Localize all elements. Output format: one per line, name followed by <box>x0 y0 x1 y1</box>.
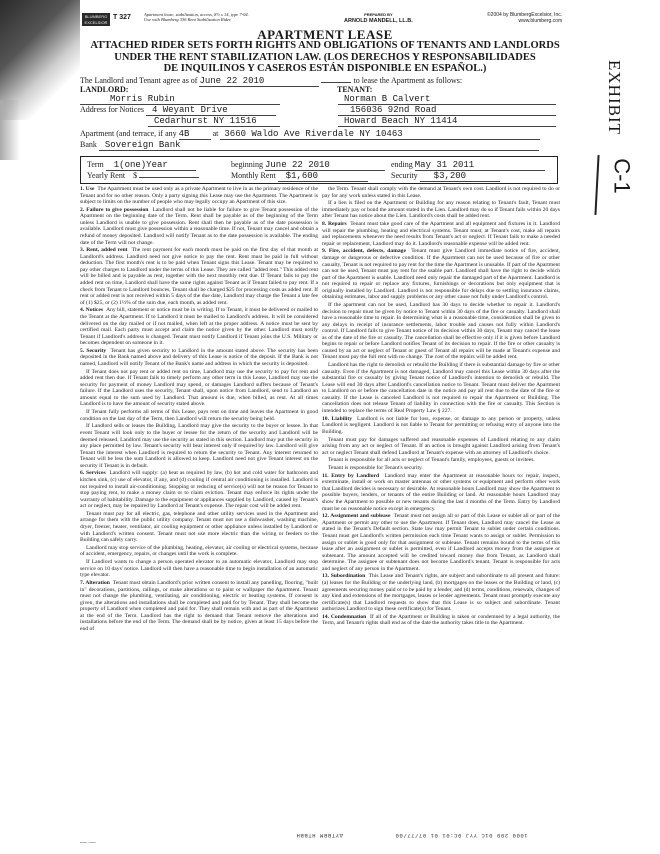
clause-heading: 10. Liability <box>322 416 357 422</box>
clause-heading: 13. Subordination <box>322 573 369 579</box>
lease-clause: 12. Assignment and sublease Tenant must … <box>322 513 560 572</box>
lease-clause: 14. Condemnation If all of the Apartment… <box>322 614 560 627</box>
agree-date-field[interactable]: June 22 2010 <box>199 76 319 87</box>
publisher-logo: BLUMBERG EXCELSIOR <box>82 13 110 26</box>
clause-heading: 2. Failure to give possession <box>80 207 152 213</box>
lease-clause: If a lien is filed on the Apartment or B… <box>322 200 560 220</box>
scan-edge-shadow <box>0 100 20 160</box>
clause-heading: 12. Assignment and sublease <box>322 513 394 519</box>
clause-text: If the apartment can not be used, Landlo… <box>322 302 560 360</box>
scan-marks: — — <box>80 838 96 846</box>
fax-footer-left: ΔΥΤΒΒΜ ΗΤΒΒΗ <box>296 832 343 839</box>
clause-heading: 6. Services <box>80 470 109 476</box>
term-rent-box: Term 1(one)Year beginning June 22 2010 e… <box>80 156 558 184</box>
clause-heading: 14. Condemnation <box>322 614 370 620</box>
clause-text: Tenant must give Landlord immediate noti… <box>322 248 560 300</box>
lease-clause: Tenant must pay for damages suffered and… <box>322 437 560 457</box>
lease-clause: the Term. Tenant shall comply with the d… <box>322 186 560 199</box>
fax-footer-right: 1000 200 01C YYJ 0C:01 01 07/77/00 <box>395 832 528 839</box>
lease-clause: 9. Fire, accident, defects, damage Tenan… <box>322 248 560 300</box>
lease-clause: 1. Use The Apartment must be used only a… <box>80 186 318 206</box>
clause-text: Tenant must pay for damages suffered and… <box>322 437 560 456</box>
tenant-name-field[interactable]: Norman B Calvert <box>338 94 556 105</box>
lease-clause: 3. Rent, added rent The rent payment for… <box>80 247 318 306</box>
landlord-address-line2[interactable]: Cedarhurst NY 11516 <box>148 116 280 127</box>
monthly-rent-field[interactable]: $1,600 <box>278 171 368 182</box>
lease-clause: Tenant is responsible for Tenant's secur… <box>322 465 560 472</box>
lease-clause: 2. Failure to give possession Landlord s… <box>80 207 318 246</box>
landlord-address-line1[interactable]: 4 Weyant Drive <box>146 105 276 116</box>
clause-text: The Apartment must be used only as a pri… <box>80 186 318 205</box>
lease-clause: Landlord has the right to demolish or re… <box>322 362 560 414</box>
clause-text: Tenant must obtain Landlord's prior writ… <box>80 580 318 632</box>
lease-clause: If Tenant does not pay rent or added ren… <box>80 369 318 408</box>
clause-heading: 11. Entry by Landlord <box>322 473 384 479</box>
lease-clause: 10. Liability Landlord is not liable for… <box>322 416 560 436</box>
clause-text: Tenant must take good care of the Apartm… <box>322 221 560 247</box>
clause-text: Landlord shall not be liable for failure… <box>80 207 318 246</box>
clause-heading: 8. Repairs <box>322 221 350 227</box>
lease-clause: If Tenant fully performs all terms of th… <box>80 409 318 422</box>
form-number: T 327 <box>113 14 131 21</box>
clause-text: Tenant is responsible for all acts or ne… <box>328 457 535 463</box>
prepared-by: PREPARED BY ARNOLD MANDELL, LL.B. <box>344 12 413 24</box>
clause-text: Landlord has the right to demolish or re… <box>322 362 560 414</box>
clause-text: Landlord is not liable for loss, expense… <box>322 416 560 435</box>
clause-text: the Term. Tenant shall comply with the d… <box>322 186 560 199</box>
lease-clause: 7. Alteration Tenant must obtain Landlor… <box>80 580 318 632</box>
clause-text: If a lien is filed on the Apartment or B… <box>322 200 560 219</box>
exhibit-label: EXHIBIT <box>604 60 624 135</box>
clause-text: Tenant must pay for all electric, gas, t… <box>80 511 318 543</box>
clause-text: Any bill, statement or notice must be in… <box>80 307 318 346</box>
clause-text: The rent payment for each month must be … <box>80 247 318 305</box>
clause-text: Tenant must not assign all or part of th… <box>322 513 560 571</box>
exhibit-stamp: EXHIBIT <box>596 60 626 150</box>
exhibit-value: C-1 <box>609 158 635 193</box>
lease-clause: 4. Notices Any bill, statement or notice… <box>80 307 318 346</box>
bank-field[interactable]: Sovereign Bank <box>99 140 539 151</box>
lease-clause: Landlord may stop service of the plumbin… <box>80 545 318 558</box>
beginning-date-field[interactable]: June 22 2010 <box>265 160 385 171</box>
clause-heading: 9. Fire, accident, defects, damage <box>322 248 411 254</box>
clause-heading: 7. Alteration <box>80 580 113 586</box>
title-subline: UNDER THE RENT STABILIZATION LAW. (LOS D… <box>80 52 570 63</box>
clause-text: Landlord may stop service of the plumbin… <box>80 545 318 558</box>
lease-clause: 8. Repairs Tenant must take good care of… <box>322 221 560 247</box>
lease-clause: 6. Services Landlord will supply: (a) he… <box>80 470 318 509</box>
clauses-left-column: 1. Use The Apartment must be used only a… <box>80 186 318 634</box>
lease-clause: If Landlord wants to change a person ope… <box>80 559 318 579</box>
lease-clause: If Landlord sells or leases the Building… <box>80 423 318 469</box>
clause-heading: 4. Notices <box>80 307 106 313</box>
clause-text: This Lease and Tenant's rights, are subj… <box>322 573 560 612</box>
title-subline: ATTACHED RIDER SETS FORTH RIGHTS AND OBL… <box>80 40 570 51</box>
clauses-right-column: the Term. Tenant shall comply with the d… <box>322 186 560 628</box>
security-field[interactable]: $3,200 <box>420 171 500 182</box>
clause-text: If Landlord wants to change a person ope… <box>80 559 318 578</box>
clause-text: Landlord will supply: (a) heat as requir… <box>80 470 318 509</box>
copyright: ©2004 by BlumbergExcelsior, Inc. www.blu… <box>487 12 562 24</box>
clause-heading: 5. Security <box>80 348 110 354</box>
lease-clause: 5. Security Tenant has given security to… <box>80 348 318 368</box>
apartment-number-field[interactable]: 4B <box>179 129 211 140</box>
tenant-address-line1[interactable]: 156036 92nd Road <box>338 105 556 116</box>
lease-clause: 11. Entry by Landlord Landlord may enter… <box>322 473 560 512</box>
tenant-label: TENANT: <box>337 85 372 94</box>
landlord-label: LANDLORD: <box>80 85 128 94</box>
clause-text: Tenant has given security to Landlord in… <box>80 348 318 367</box>
clause-heading: 1. Use <box>80 186 97 192</box>
form-header: BLUMBERG EXCELSIOR T 327 Apartment lease… <box>82 12 602 28</box>
tenant-address-line2[interactable]: Howard Beach NY 11414 <box>338 116 556 127</box>
lease-clause: Tenant is responsible for all acts or ne… <box>322 457 560 464</box>
clause-text: If Tenant does not pay rent or added ren… <box>80 369 318 408</box>
exhibit-underline <box>594 155 599 215</box>
clause-text: Landlord may enter the Apartment at reas… <box>322 473 560 512</box>
clause-heading: 3. Rent, added rent <box>80 247 132 253</box>
apartment-address-field[interactable]: 3660 Waldo Ave Riverdale NY 10463 <box>220 129 540 140</box>
form-description: Apartment lease, stabilization, access, … <box>144 12 249 22</box>
title-subline: DE INQUILINOS Y CASEROS ESTÁN DISPONIBLE… <box>80 63 570 74</box>
clause-text: Tenant is responsible for Tenant's secur… <box>328 465 423 471</box>
lease-clause: Tenant must pay for all electric, gas, t… <box>80 511 318 544</box>
landlord-name-field[interactable]: Morris Rubin <box>80 94 280 105</box>
lease-clause: If the apartment can not be used, Landlo… <box>322 302 560 361</box>
lease-clause: 13. Subordination This Lease and Tenant'… <box>322 573 560 612</box>
clause-text: If Tenant fully performs all terms of th… <box>80 409 318 422</box>
clause-text: If Landlord sells or leases the Building… <box>80 423 318 468</box>
yearly-rent-field[interactable] <box>139 177 199 178</box>
term-field[interactable]: 1(one)Year <box>106 160 196 171</box>
agree-date-row: The Landlord and Tenant agree as of June… <box>80 76 462 87</box>
ending-date-field[interactable]: May 31 2011 <box>415 160 545 171</box>
